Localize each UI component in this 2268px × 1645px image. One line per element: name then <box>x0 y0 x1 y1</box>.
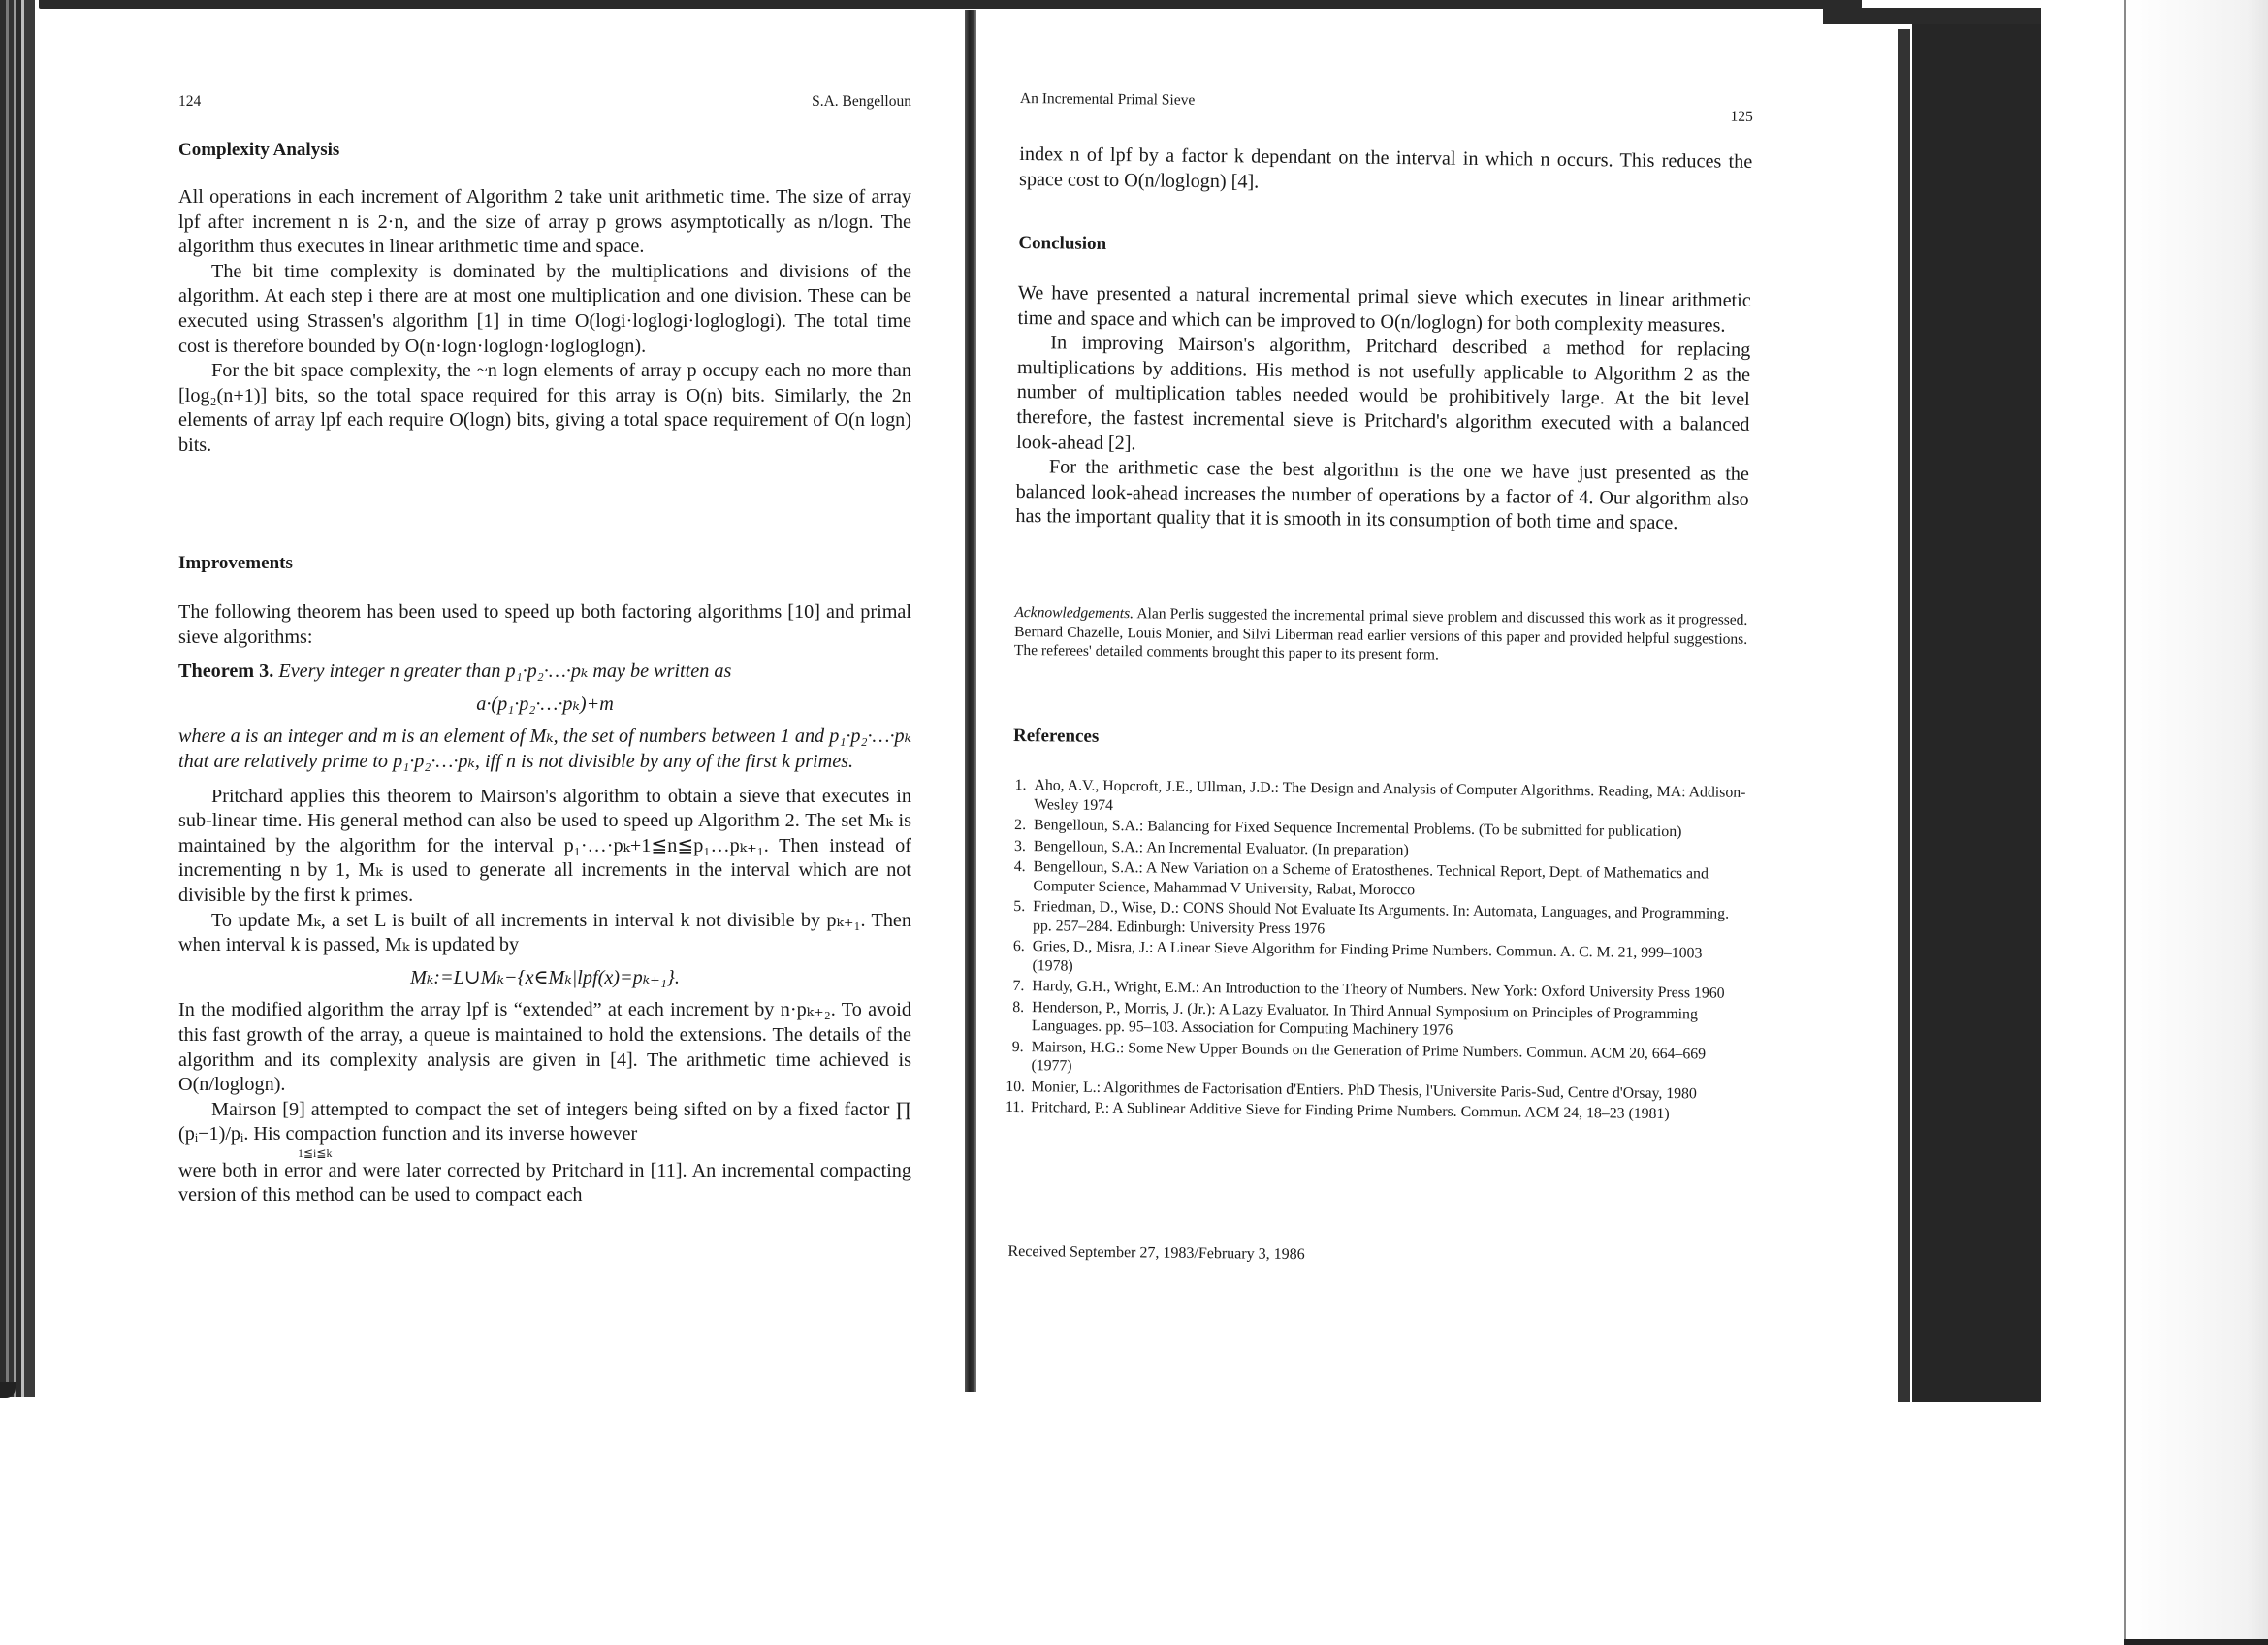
paragraph: were both in error and were later correc… <box>178 1159 911 1209</box>
page-number: 124 <box>178 93 201 111</box>
improvements-section-body: The following theorem has been used to s… <box>178 600 911 1209</box>
continuation-text: index n of lpf by a factor k dependant o… <box>1019 143 1752 200</box>
paragraph: For the arithmetic case the best algorit… <box>1015 455 1749 537</box>
reference-item: 1.Aho, A.V., Hopcroft, J.E., Ullman, J.D… <box>1012 776 1745 822</box>
references-list: 1.Aho, A.V., Hopcroft, J.E., Ullman, J.D… <box>1009 776 1746 1124</box>
complexity-section-body: All operations in each increment of Algo… <box>178 185 911 459</box>
paragraph: All operations in each increment of Algo… <box>178 185 911 260</box>
reference-item: 5.Friedman, D., Wise, D.: CONS Should No… <box>1011 897 1744 943</box>
scanner-bed-bottom-edge <box>2124 1639 2268 1645</box>
acknowledgements: Acknowledgements. Alan Perlis suggested … <box>1014 603 1748 667</box>
paragraph: To update Mₖ, a set L is built of all in… <box>178 909 911 958</box>
scanner-bed-margin <box>2126 0 2268 1645</box>
paragraph: In improving Mairson's algorithm, Pritch… <box>1016 331 1750 463</box>
paragraph: Pritchard applies this theorem to Mairso… <box>178 785 911 909</box>
paragraph: The following theorem has been used to s… <box>178 600 911 650</box>
running-head-author: S.A. Bengelloun <box>812 93 911 111</box>
reference-item: 6.Gries, D., Misra, J.: A Linear Sieve A… <box>1010 937 1743 983</box>
section-heading-conclusion: Conclusion <box>1018 233 1106 255</box>
received-date: Received September 27, 1983/February 3, … <box>1007 1243 1741 1269</box>
scan-right-top-shadow <box>1823 8 2041 24</box>
theorem-text: Every integer n greater than p₁·p₂·…·pₖ … <box>278 661 731 682</box>
section-heading-complexity: Complexity Analysis <box>178 140 339 161</box>
scan-top-edge <box>39 0 1862 9</box>
section-heading-improvements: Improvements <box>178 553 293 574</box>
section-heading-references: References <box>1013 726 1099 748</box>
paragraph: In the modified algorithm the array lpf … <box>178 998 911 1097</box>
reference-item: 9.Mairson, H.G.: Some New Upper Bounds o… <box>1009 1037 1742 1082</box>
scan-left-binding-shadow <box>0 0 35 1397</box>
running-head-title: An Incremental Primal Sieve <box>1020 90 1196 110</box>
paragraph: For the bit space complexity, the ~n log… <box>178 359 911 458</box>
book-gutter-shadow <box>965 10 976 1392</box>
page-number: 125 <box>1730 109 1752 126</box>
conclusion-section-body: We have presented a natural incremental … <box>1015 281 1751 537</box>
reference-item: 8.Henderson, P., Morris, J. (Jr.): A Laz… <box>1010 997 1743 1043</box>
reference-item: 4.Bengelloun, S.A.: A New Variation on a… <box>1011 857 1744 903</box>
paragraph: index n of lpf by a factor k dependant o… <box>1019 143 1752 200</box>
scan-right-page-edge-shadow <box>1912 24 2041 1402</box>
acknowledgements-label: Acknowledgements. <box>1014 604 1134 622</box>
theorem-label: Theorem 3. <box>178 661 273 682</box>
theorem-statement: Theorem 3. Every integer n greater than … <box>178 660 911 685</box>
update-formula: Mₖ:=L∪Mₖ−{x∈Mₖ|lpf(x)=pₖ₊₁}. <box>178 966 911 991</box>
product-subscript: 1≦i≦k <box>178 1147 911 1159</box>
references-list-container: 1.Aho, A.V., Hopcroft, J.E., Ullman, J.D… <box>1009 776 1746 1126</box>
theorem-continuation: where a is an integer and m is an elemen… <box>178 725 911 774</box>
scan-right-edge-strip <box>1898 29 1910 1402</box>
paragraph: Mairson [9] attempted to compact the set… <box>178 1098 911 1147</box>
paragraph: We have presented a natural incremental … <box>1017 281 1750 339</box>
paragraph: The bit time complexity is dominated by … <box>178 260 911 359</box>
theorem-formula: a·(p₁·p₂·…·pₖ)+m <box>178 693 911 718</box>
